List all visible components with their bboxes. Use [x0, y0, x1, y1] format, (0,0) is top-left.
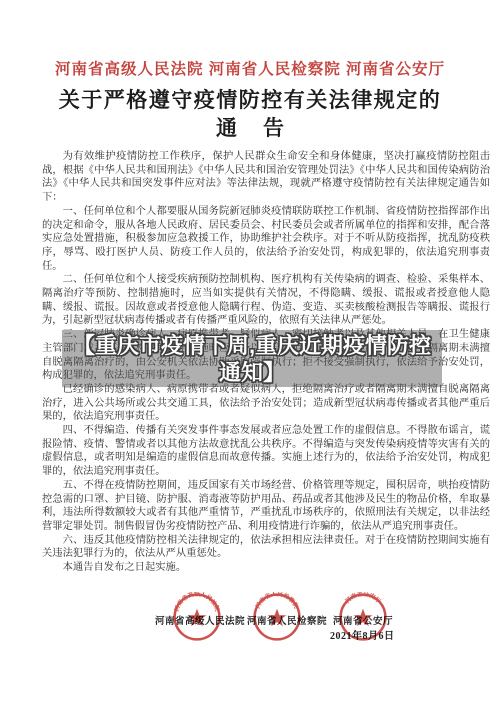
svg-text:河南省人民检察院: 河南省人民检察院: [253, 592, 300, 611]
procuratorate-seal-icon: 河南省人民检察院: [252, 592, 302, 642]
issuing-authorities-header: 河南省高级人民法院 河南省人民检察院 河南省公安厅: [0, 57, 500, 79]
watermark-caption-line1: 【重庆市疫情下周,重庆近期疫情防控: [73, 332, 431, 359]
body-paragraph: 本通告自发布之日起实施。: [42, 561, 490, 575]
public-security-seal-icon: 河南省公安厅: [338, 592, 388, 642]
court-seal-icon: 河南省高级人民法院: [172, 592, 222, 642]
body-paragraph: 一、任何单位和个人都要服从国务院新冠肺炎疫情联防联控工作机制、省疫情防控指挥部作…: [42, 205, 490, 274]
body-paragraph: 已经确诊的感染病人、病原携带者或者疑似病人，拒绝隔离治疗或者隔离期未满擅自脱离隔…: [42, 383, 490, 424]
body-paragraph: 为有效维护疫情防控工作秩序，保护人民群众生命安全和身体健康，坚决打赢疫情防控阻击…: [42, 150, 490, 205]
notice-title-line2: 通告: [0, 112, 500, 142]
watermark-caption-line2: 通知】: [219, 359, 285, 386]
body-paragraph: 六、违反其他疫情防控相关法律规定的，依法承担相应法律责任。对于在疫情防控期间实施…: [42, 534, 490, 561]
body-paragraph: 四、不得编造、传播有关突发事件事态发展或者应急处置工作的虚假信息。不得散布谣言，…: [42, 424, 490, 479]
body-paragraph: 二、任何单位和个人接受疾病预防控制机构、医疗机构有关传染病的调查、检验、采集样本…: [42, 273, 490, 328]
watermark-caption-band: 【重庆市疫情下周,重庆近期疫情防控 通知】: [62, 330, 442, 387]
notice-title-line1: 关于严格遵守疫情防控有关法律规定的: [0, 84, 500, 114]
svg-text:河南省公安厅: 河南省公安厅: [343, 592, 383, 606]
body-paragraph: 五、不得在疫情防控期间，违反国家有关市场经营、价格管理等规定，囤积居奇，哄抬疫情…: [42, 479, 490, 534]
notice-document: 河南省高级人民法院 河南省人民检察院 河南省公安厅 关于严格遵守疫情防控有关法律…: [0, 0, 500, 712]
notice-title-line2-text: 通告: [216, 116, 310, 140]
